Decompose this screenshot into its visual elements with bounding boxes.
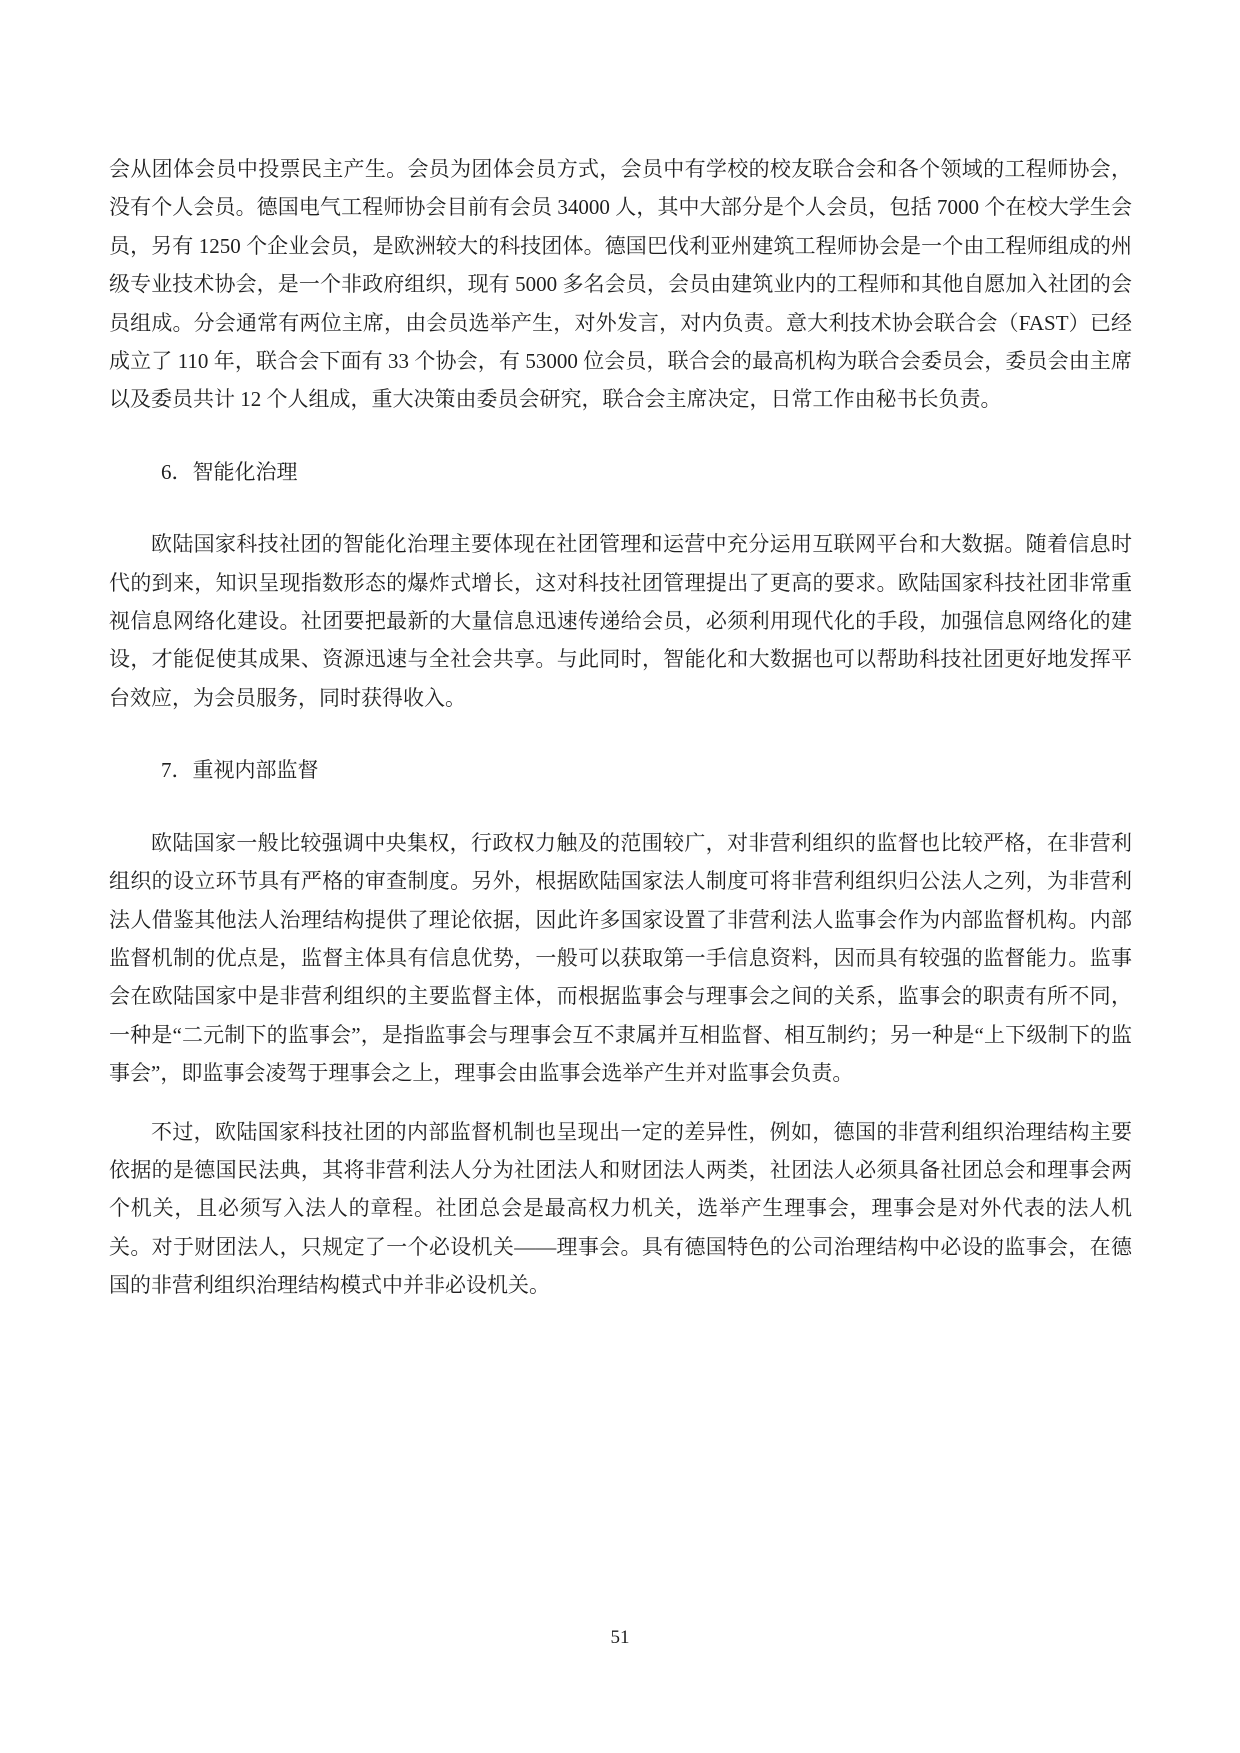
section-heading-7-internal-supervision: 7．重视内部监督 <box>109 751 1132 789</box>
body-paragraph-smart-governance: 欧陆国家科技社团的智能化治理主要体现在社团管理和运营中充分运用互联网平台和大数据… <box>109 525 1132 717</box>
body-paragraph-continuation: 会从团体会员中投票民主产生。会员为团体会员方式，会员中有学校的校友联合会和各个领… <box>109 150 1132 419</box>
document-page: 会从团体会员中投票民主产生。会员为团体会员方式，会员中有学校的校友联合会和各个领… <box>0 0 1240 1753</box>
section-heading-6-smart-governance: 6．智能化治理 <box>109 453 1132 491</box>
body-paragraph-germany-differences: 不过，欧陆国家科技社团的内部监督机制也呈现出一定的差异性，例如，德国的非营利组织… <box>109 1113 1132 1305</box>
body-paragraph-internal-supervision: 欧陆国家一般比较强调中央集权，行政权力触及的范围较广，对非营利组织的监督也比较严… <box>109 824 1132 1093</box>
page-number: 51 <box>0 1626 1240 1650</box>
page-content: 会从团体会员中投票民主产生。会员为团体会员方式，会员中有学校的校友联合会和各个领… <box>109 150 1132 1305</box>
